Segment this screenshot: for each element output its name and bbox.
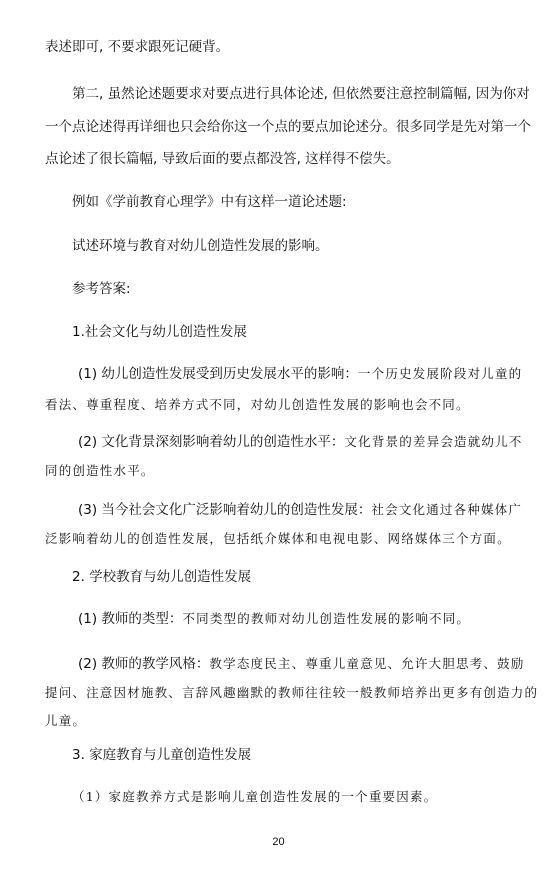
item-label: (3) 当今社会文化广泛影响着幼儿的创造性发展： xyxy=(78,502,371,518)
item-line: (3) 当今社会文化广泛影响着幼儿的创造性发展：社会文化通过各种媒体广 xyxy=(78,501,522,519)
item-text: 一个历史发展阶段对儿童的 xyxy=(358,366,522,381)
item-line: 提问、注意因材施教、言辞风趣幽默的教师往往较一般教师培养出更多有创造力的 xyxy=(45,684,538,702)
item-text: 教学态度民主、尊重儿童意见、允许大胆思考、鼓励 xyxy=(209,656,524,671)
paragraph-line: 点论述了很长篇幅, 导致后面的要点都没答, 这样得不偿失。 xyxy=(45,150,400,168)
item-text: 不同类型的教师对幼儿创造性发展的影响不同。 xyxy=(182,611,470,626)
item-line: （1）家庭教养方式是影响儿童创造性发展的一个重要因素。 xyxy=(72,788,437,806)
item-label: (1) 教师的类型： xyxy=(78,611,182,627)
paragraph-line: 一个点论述得再详细也只会给你这一个点的要点加论述分。很多同学是先对第一个 xyxy=(45,118,531,136)
item-label: (1) 幼儿创造性发展受到历史发展水平的影响： xyxy=(78,366,358,382)
section-heading: 3. 家庭教育与儿童创造性发展 xyxy=(72,746,251,764)
question: 试述环境与教育对幼儿创造性发展的影响。 xyxy=(72,237,329,255)
item-text: 社会文化通过各种媒体广 xyxy=(371,502,522,517)
item-line: (1) 幼儿创造性发展受到历史发展水平的影响：一个历史发展阶段对儿童的 xyxy=(78,365,522,383)
item-label: (2) 教师的教学风格： xyxy=(78,656,209,672)
item-line: (2) 文化背景深刻影响着幼儿的创造性水平：文化背景的差异会造就幼儿不 xyxy=(78,433,523,451)
paragraph-line: 例如《学前教育心理学》中有这样一道论述题: xyxy=(72,193,347,211)
item-line: 儿童。 xyxy=(45,712,86,730)
item-line: 看法、尊重程度、培养方式不同，对幼儿创造性发展的影响也会不同。 xyxy=(45,396,470,414)
item-line: 同的创造性水平。 xyxy=(45,462,155,480)
item-label: (2) 文化背景深刻影响着幼儿的创造性水平： xyxy=(78,434,344,450)
section-heading: 1.社会文化与幼儿创造性发展 xyxy=(72,323,247,341)
item-line: (1) 教师的类型：不同类型的教师对幼儿创造性发展的影响不同。 xyxy=(78,610,470,628)
item-line: (2) 教师的教学风格：教学态度民主、尊重儿童意见、允许大胆思考、鼓励 xyxy=(78,655,525,673)
answer-label: 参考答案: xyxy=(72,280,131,298)
item-text: 文化背景的差异会造就幼儿不 xyxy=(344,434,522,449)
item-line: 泛影响着幼儿的创造性发展，包括纸介媒体和电视电影、网络媒体三个方面。 xyxy=(45,530,511,548)
paragraph-line: 第二, 虽然论述题要求对要点进行具体论述, 但依然要注意控制篇幅, 因为你对 xyxy=(72,85,530,103)
page-number: 20 xyxy=(0,836,557,848)
paragraph-line: 表述即可, 不要求跟死记硬背。 xyxy=(45,38,229,56)
section-heading: 2. 学校教育与幼儿创造性发展 xyxy=(72,568,251,586)
